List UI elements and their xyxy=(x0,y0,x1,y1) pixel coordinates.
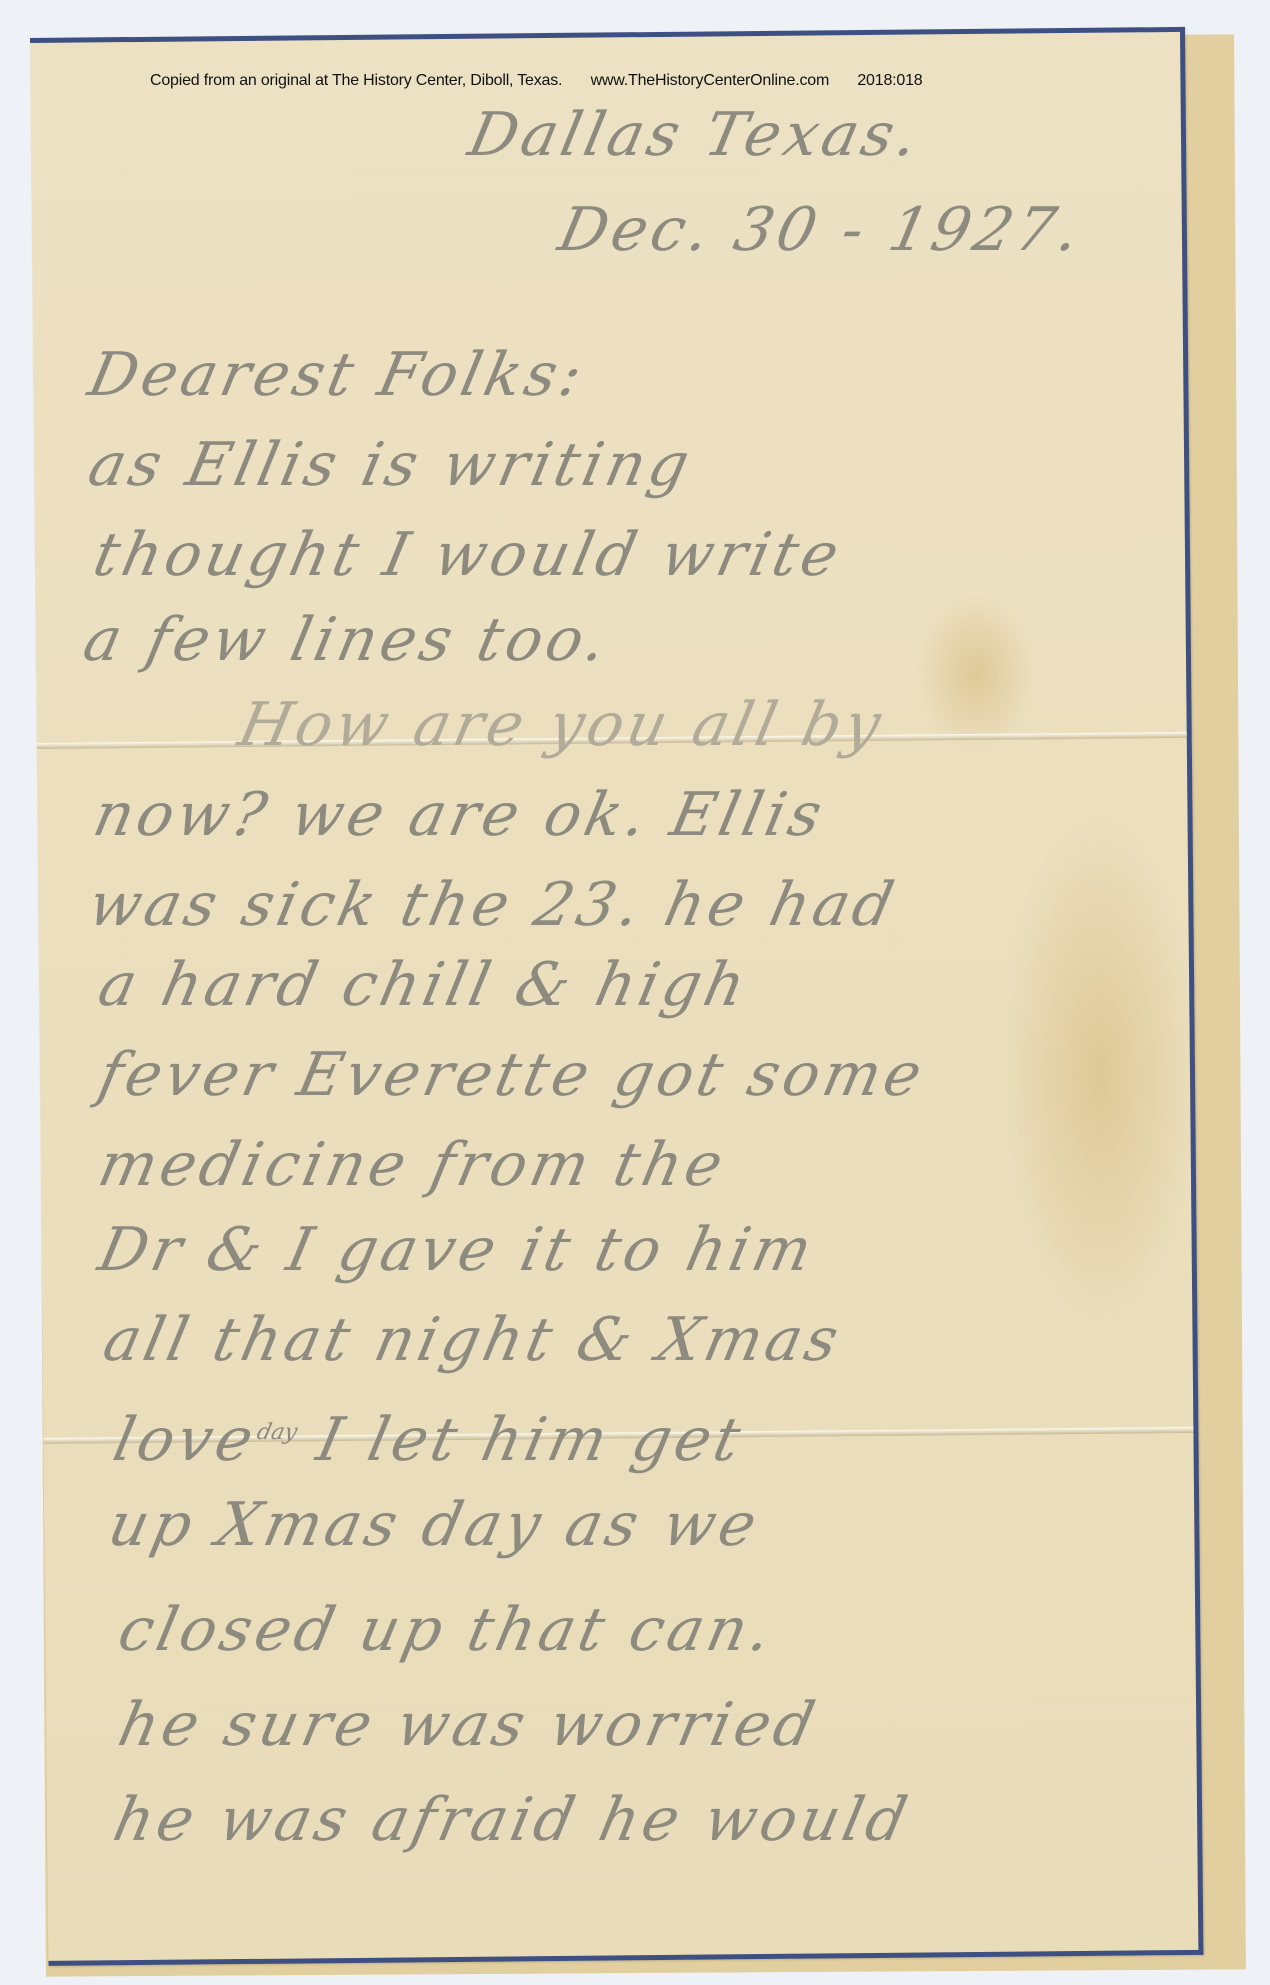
letter-line: a few lines too. xyxy=(78,605,617,675)
letter-line: was sick the 23. he had xyxy=(83,870,904,940)
letter-word: love xyxy=(108,1405,264,1475)
letter-line: fever Everette got some xyxy=(93,1040,932,1110)
letter-line: as Ellis is writing xyxy=(83,430,699,500)
letter-line: thought I would write xyxy=(88,520,849,590)
letter-line: he sure was worried xyxy=(113,1690,825,1760)
letter-line: How are you all by xyxy=(233,690,891,760)
water-stain xyxy=(997,812,1202,1334)
water-stain xyxy=(915,593,1037,754)
letter-line: up Xmas day as we xyxy=(103,1490,767,1560)
archive-accession: 2018:018 xyxy=(857,72,922,89)
letter-place: Dallas Texas. xyxy=(463,100,928,170)
letter-line: now? we are ok. Ellis xyxy=(88,780,832,850)
letter-salutation: Dearest Folks: xyxy=(83,340,592,410)
letter-line: he was afraid he would xyxy=(108,1785,917,1855)
letter-line: Dr & I gave it to him xyxy=(93,1215,822,1285)
letter-line: all that night & Xmas xyxy=(98,1305,849,1375)
archive-source: Copied from an original at The History C… xyxy=(150,72,562,89)
letter-insertion: day xyxy=(255,1420,300,1445)
archive-website: www.TheHistoryCenterOnline.com xyxy=(591,72,830,89)
letter-word: I let him get xyxy=(311,1405,750,1475)
letter-line: closed up that can. xyxy=(113,1595,782,1665)
letter-line: loveday I let him get xyxy=(108,1405,751,1475)
letter-line: medicine from the xyxy=(93,1130,733,1200)
letter-line: a hard chill & high xyxy=(93,950,756,1020)
letter-date: Dec. 30 - 1927. xyxy=(553,195,1090,265)
archive-note: Copied from an original at The History C… xyxy=(150,72,946,90)
